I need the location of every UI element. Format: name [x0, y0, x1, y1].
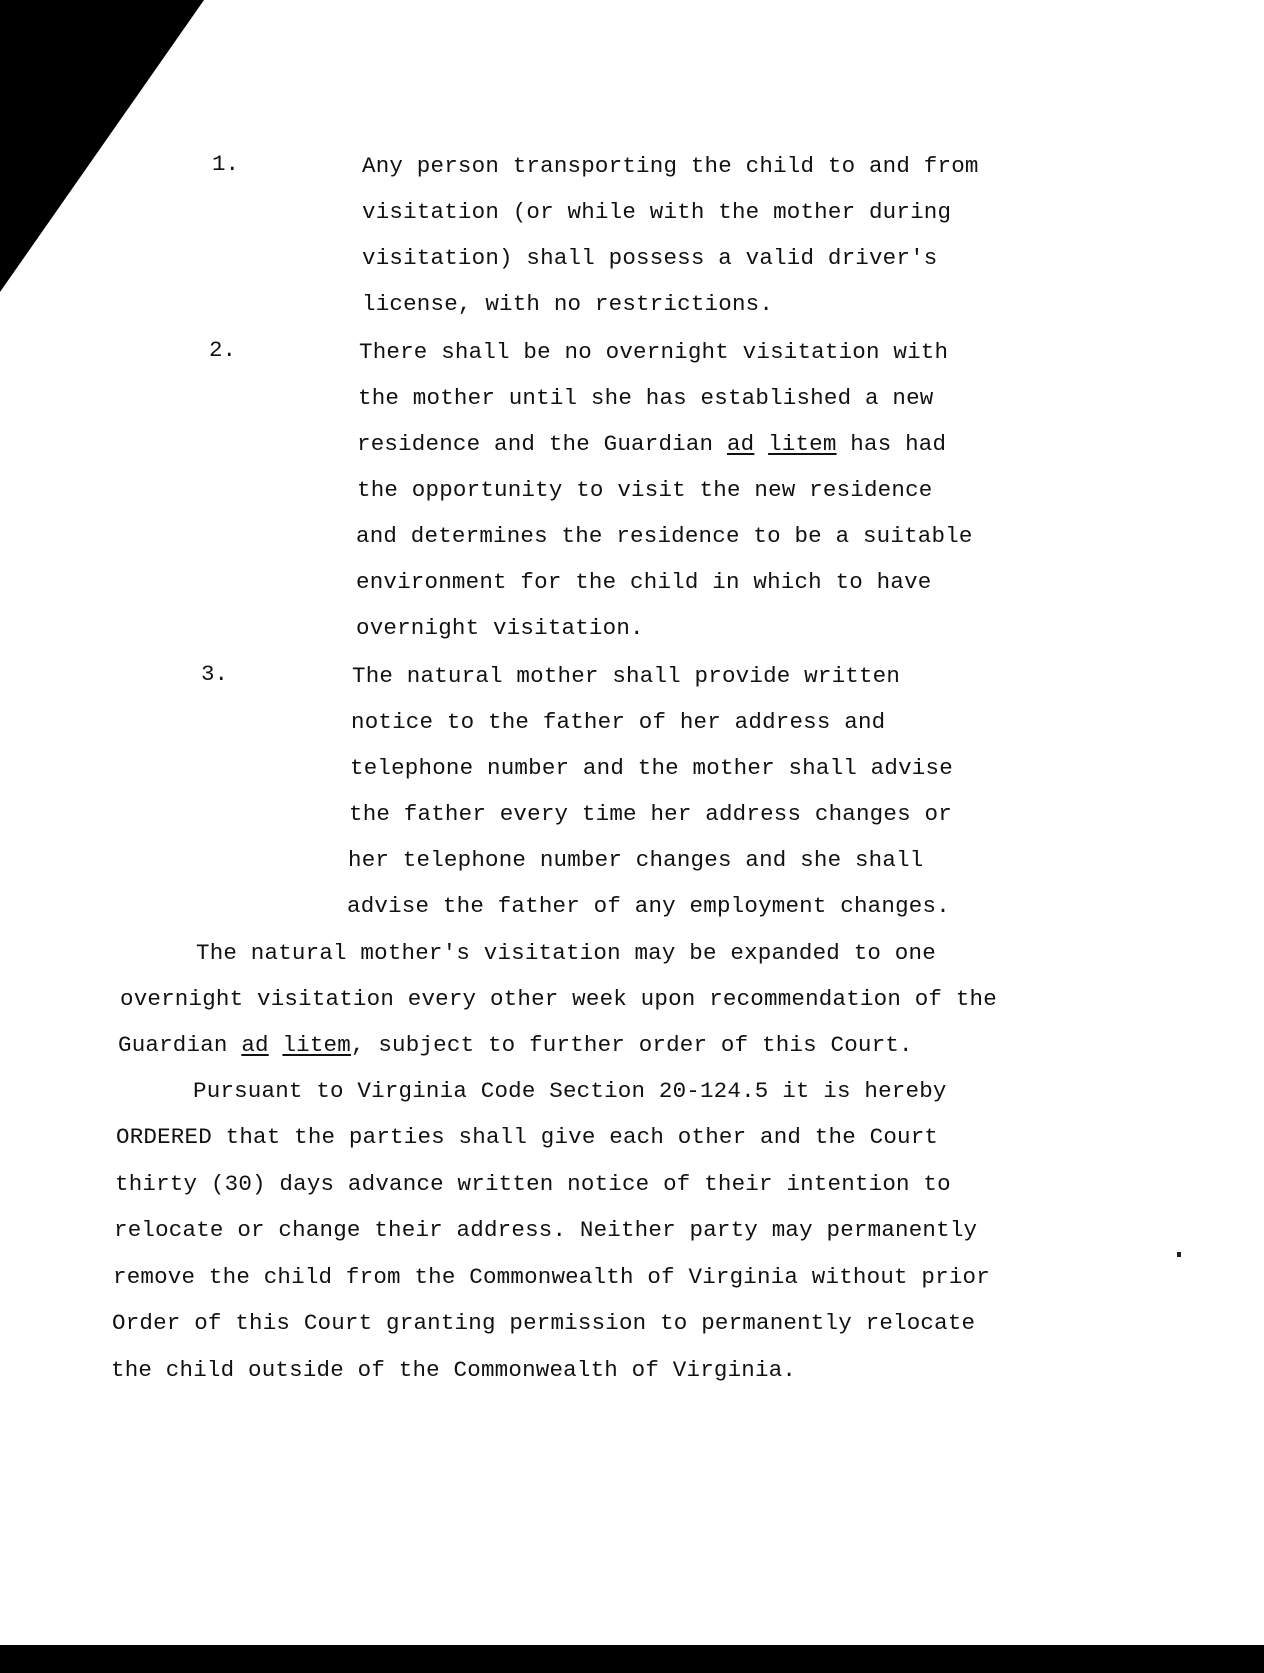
latin-term-litem: litem — [282, 1032, 351, 1058]
item-1-line: visitation) shall possess a valid driver… — [362, 244, 938, 272]
item-2-line: the opportunity to visit the new residen… — [357, 476, 933, 504]
scan-shadow-corner — [0, 0, 204, 292]
text-segment: residence and the Guardian — [357, 431, 727, 457]
latin-term-litem: litem — [768, 431, 837, 457]
text-segment: , subject to further order of this Court… — [351, 1032, 913, 1058]
paragraph-relocation-line: Order of this Court granting permission … — [112, 1309, 975, 1337]
item-3-line: telephone number and the mother shall ad… — [350, 754, 953, 782]
scan-speck — [1177, 1252, 1181, 1257]
text-segment: Guardian — [118, 1032, 241, 1058]
item-1-line: visitation (or while with the mother dur… — [362, 198, 951, 226]
paragraph-expansion-line: overnight visitation every other week up… — [120, 985, 997, 1013]
item-1-line: Any person transporting the child to and… — [362, 152, 979, 180]
latin-term-ad: ad — [727, 431, 754, 457]
item-2-line: and determines the residence to be a sui… — [356, 522, 973, 550]
item-3-line: the father every time her address change… — [349, 800, 952, 828]
paragraph-relocation-line: Pursuant to Virginia Code Section 20-124… — [193, 1077, 947, 1105]
paragraph-expansion-line-guardian: Guardian ad litem, subject to further or… — [118, 1031, 913, 1059]
paragraph-relocation-line: remove the child from the Commonwealth o… — [113, 1263, 990, 1291]
paragraph-expansion-line: The natural mother's visitation may be e… — [196, 939, 936, 967]
paragraph-relocation-line: the child outside of the Commonwealth of… — [111, 1356, 796, 1384]
text-segment — [754, 431, 768, 457]
item-number-2: 2. — [209, 336, 236, 364]
item-1-line: license, with no restrictions. — [362, 290, 773, 318]
item-number-3: 3. — [201, 660, 228, 688]
item-2-line: the mother until she has established a n… — [358, 384, 934, 412]
paragraph-relocation-line: thirty (30) days advance written notice … — [115, 1170, 951, 1198]
item-2-line: overnight visitation. — [356, 614, 644, 642]
paragraph-relocation-line: relocate or change their address. Neithe… — [114, 1216, 977, 1244]
paragraph-relocation-line: ORDERED that the parties shall give each… — [116, 1123, 938, 1151]
item-3-line: advise the father of any employment chan… — [347, 892, 950, 920]
item-2-line: There shall be no overnight visitation w… — [359, 338, 948, 366]
item-3-line: The natural mother shall provide written — [352, 662, 900, 690]
latin-term-ad: ad — [241, 1032, 268, 1058]
scan-shadow-bottom — [0, 1645, 1264, 1673]
item-number-1: 1. — [212, 150, 239, 178]
item-3-line: her telephone number changes and she sha… — [348, 846, 924, 874]
item-3-line: notice to the father of her address and — [351, 708, 885, 736]
item-2-line-guardian: residence and the Guardian ad litem has … — [357, 430, 946, 458]
text-segment: has had — [837, 431, 947, 457]
item-2-line: environment for the child in which to ha… — [356, 568, 932, 596]
text-segment — [269, 1032, 283, 1058]
